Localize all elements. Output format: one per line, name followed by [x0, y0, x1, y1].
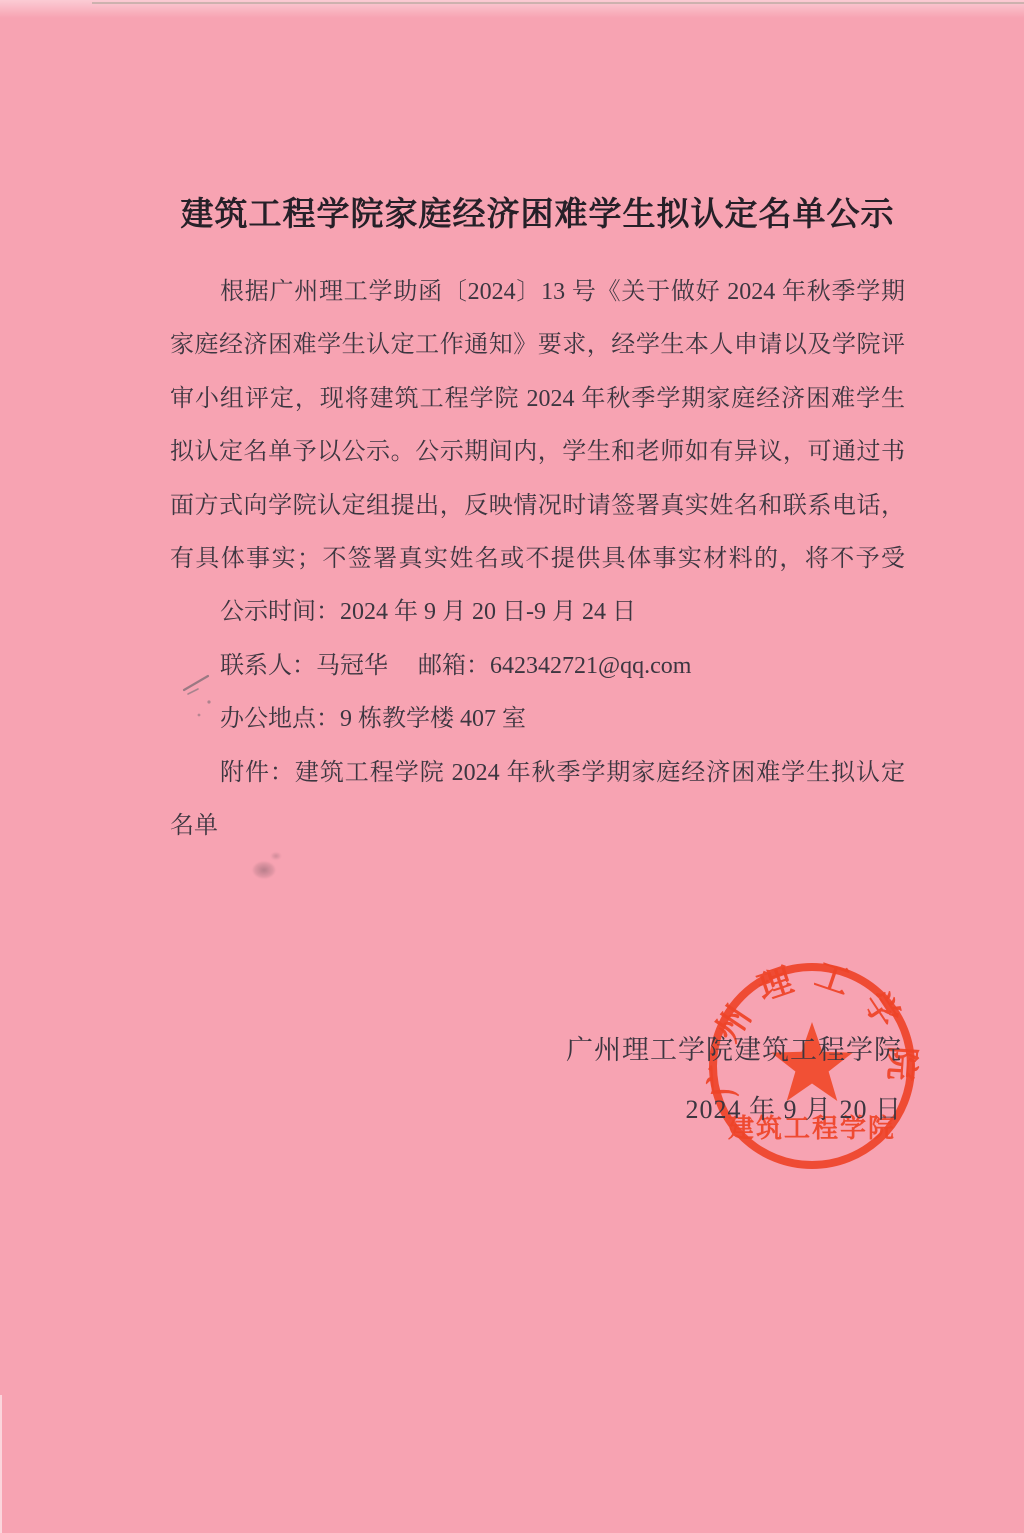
office-line: 办公地点：9 栋教学楼 407 室	[170, 693, 905, 746]
body-line: 根据广州理工学助函〔2024〕13 号《关于做好 2024 年秋季学期	[170, 266, 905, 319]
notice-body: 根据广州理工学助函〔2024〕13 号《关于做好 2024 年秋季学期 家庭经济…	[170, 266, 905, 853]
body-line: 家庭经济困难学生认定工作通知》要求，经学生本人申请以及学院评	[170, 319, 905, 372]
scan-edge-sliver	[0, 1395, 2, 1533]
body-line: 面方式向学院认定组提出，反映情况时请签署真实姓名和联系电话，	[170, 480, 905, 533]
scanned-notice-page: 建筑工程学院家庭经济困难学生拟认定名单公示 根据广州理工学助函〔2024〕13 …	[0, 0, 1024, 1533]
body-line: 审小组评定，现将建筑工程学院 2024 年秋季学期家庭经济困难学生	[170, 373, 905, 426]
scan-edge-line	[92, 2, 1024, 4]
signature-line: 广州理工学院建筑工程学院	[566, 1028, 902, 1067]
body-line: 有具体事实；不签署真实姓名或不提供具体事实材料的，将不予受理。	[170, 533, 905, 586]
notice-title: 建筑工程学院家庭经济困难学生拟认定名单公示	[170, 188, 905, 235]
signature-date: 2024 年 9 月 20 日	[566, 1089, 902, 1126]
contact-line: 联系人：马冠华 邮箱：642342721@qq.com	[170, 640, 905, 693]
pencil-mark	[178, 660, 234, 726]
ink-smudge	[240, 838, 292, 890]
attachment-line: 附件：建筑工程学院 2024 年秋季学期家庭经济困难学生拟认定	[170, 747, 905, 800]
body-line: 拟认定名单予以公示。公示期间内，学生和老师如有异议，可通过书	[170, 426, 905, 479]
publicity-period-line: 公示时间：2024 年 9 月 20 日-9 月 24 日	[170, 586, 905, 639]
signature-block: 广州理工学院建筑工程学院 2024 年 9 月 20 日	[566, 1028, 902, 1126]
